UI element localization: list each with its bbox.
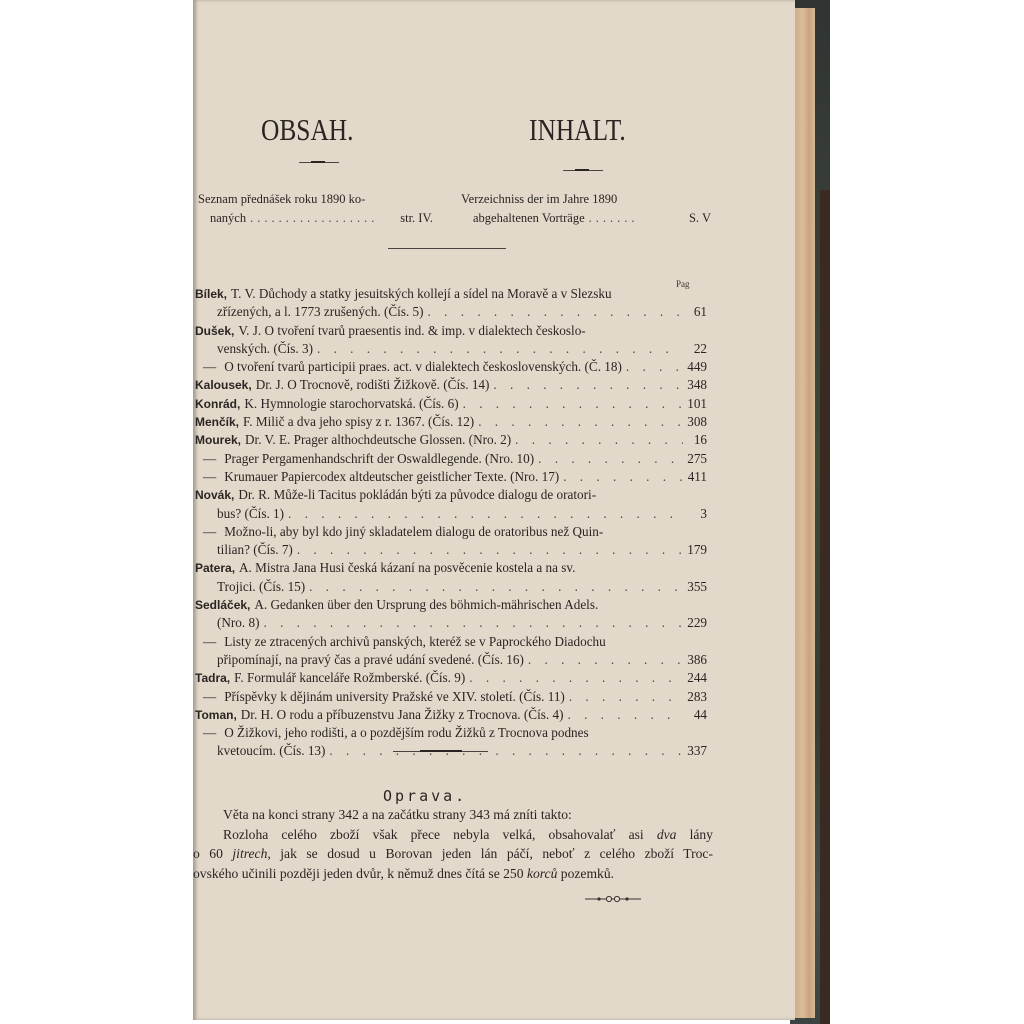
- dot-leader: . . . . . . . . . . . . . . . . . . . . …: [465, 669, 683, 687]
- toc-entry: Bílek,T. V. Důchody a statky jesuitských…: [195, 285, 707, 322]
- dot-leader: . . . . . . . . . . . . . . . . . . . . …: [622, 358, 683, 376]
- heading-ornament-czech-center: [311, 161, 325, 163]
- dot-leader: . . . . . . . . . . . . . . . . . . . . …: [284, 505, 683, 523]
- toc-page-number: 22: [683, 340, 707, 358]
- dot-leader: . . . . . . . . . . . . . . . . . . . . …: [489, 376, 683, 394]
- toc-title-text: Příspěvky k dějinám university Pražské v…: [224, 688, 565, 706]
- toc-title-text: Dr. V. E. Prager althochdeutsche Glossen…: [245, 431, 511, 449]
- toc-end-ornament-center: [420, 750, 462, 752]
- toc-author: Patera,: [195, 559, 235, 577]
- book-cover-edge: [820, 190, 830, 1024]
- toc-entry: Novák,Dr. R. Může-li Tacitus pokládán bý…: [195, 486, 707, 523]
- toc-author: Bílek,: [195, 285, 227, 303]
- toc-entry: Mourek,Dr. V. E. Prager althochdeutsche …: [195, 431, 707, 449]
- dot-leader: . . . . . . . . . . . . . . . . . . . . …: [424, 303, 683, 321]
- toc-entry: Menčík,F. Milič a dva jeho spisy z r. 13…: [195, 413, 707, 431]
- toc-page-number: 179: [683, 541, 707, 559]
- continuation-dash: —: [203, 688, 216, 706]
- toc-title-text: tilian? (Čís. 7): [217, 541, 293, 559]
- toc-title-text: Dr. J. O Trocnově, rodišti Žižkově. (Čís…: [256, 376, 490, 394]
- toc-author: Mourek,: [195, 431, 241, 449]
- book-page: OBSAH. INHALT. Seznam přednášek roku 189…: [193, 0, 795, 1020]
- heading-german: INHALT.: [529, 112, 626, 148]
- toc-author: Dušek,: [195, 322, 234, 340]
- dot-leader: . . . . . . . . . . . . . . . . . . . . …: [459, 395, 683, 413]
- toc-page-number: 229: [683, 614, 707, 632]
- toc-title-text: F. Milič a dva jeho spisy z r. 1367. (Čí…: [243, 413, 474, 431]
- toc-title-text: Dr. H. O rodu a příbuzenstvu Jana Žižky …: [241, 706, 564, 724]
- toc-page-number: 61: [683, 303, 707, 321]
- intro-czech: Seznam přednášek roku 1890 ko- naných ..…: [198, 190, 433, 228]
- toc-page-number: 449: [683, 358, 707, 376]
- toc-page-number: 348: [683, 376, 707, 394]
- toc-page-number: 16: [683, 431, 707, 449]
- toc-title-text: O Žižkovi, jeho rodišti, a o pozdějším r…: [224, 724, 588, 742]
- toc-entry: Toman,Dr. H. O rodu a příbuzenstvu Jana …: [195, 706, 707, 724]
- toc-title-text: Listy ze ztracených archivů panských, kt…: [224, 633, 606, 651]
- toc-entry: —O tvoření tvarů participii praes. act. …: [195, 358, 707, 376]
- dot-leader: . . . . . . . . . . . . . . . . . . . . …: [563, 706, 683, 724]
- toc-author: Toman,: [195, 706, 237, 724]
- toc-title-text: (Nro. 8): [217, 614, 259, 632]
- oprava-line-1: Věta na konci strany 342 a na začátku st…: [193, 805, 713, 825]
- toc-entry: Sedláček,A. Gedanken über den Ursprung d…: [195, 596, 707, 633]
- dot-leader: . . . . . . . . . . . . . . . . . . . . …: [293, 541, 683, 559]
- toc-entry: Kalousek,Dr. J. O Trocnově, rodišti Žižk…: [195, 376, 707, 394]
- toc-entry: Tadra,F. Formulář kanceláře Rožmberské. …: [195, 669, 707, 687]
- dot-leader: . . . . . . . . . . . . . . . . . . . . …: [325, 742, 683, 760]
- toc-entry: —O Žižkovi, jeho rodišti, a o pozdějším …: [195, 724, 707, 761]
- dot-leader: . . . . . . . . . . . . . . . . . . . . …: [524, 651, 683, 669]
- toc-title-text: připomínají, na pravý čas a pravé udání …: [217, 651, 524, 669]
- heading-czech: OBSAH.: [261, 112, 354, 148]
- toc-title-text: bus? (Čís. 1): [217, 505, 284, 523]
- toc-title-text: Trojici. (Čís. 15): [217, 578, 305, 596]
- toc-title-text: V. J. O tvoření tvarů praesentis ind. & …: [238, 322, 585, 340]
- continuation-dash: —: [203, 468, 216, 486]
- toc-page-number: 275: [683, 450, 707, 468]
- toc-title-text: T. V. Důchody a statky jesuitských kolle…: [231, 285, 612, 303]
- intro-german-line1: Verzeichniss der im Jahre 1890: [461, 190, 711, 209]
- dot-leader: . . . . . . . . . . . . . . . . . . . . …: [313, 340, 683, 358]
- toc-page-number: 44: [683, 706, 707, 724]
- dot-leader: . . . . . . . . . . . . . . . . . . . . …: [259, 614, 683, 632]
- intro-czech-line1: Seznam přednášek roku 1890 ko-: [198, 190, 433, 209]
- toc-title-text: Prager Pergamenhandschrift der Oswaldleg…: [224, 450, 534, 468]
- dot-leader: . . . . . . . . . . . . . . . . . . . . …: [474, 413, 683, 431]
- toc-page-number: 337: [683, 742, 707, 760]
- toc-page-number: 308: [683, 413, 707, 431]
- toc-author: Novák,: [195, 486, 234, 504]
- dot-leader: .......: [585, 209, 689, 228]
- dot-leader: . . . . . . . . . . . . . . . . . . . . …: [559, 468, 683, 486]
- oprava-title: Oprava.: [383, 787, 467, 805]
- toc-page-number: 283: [683, 688, 707, 706]
- toc-entry: —Krumauer Papiercodex altdeutscher geist…: [195, 468, 707, 486]
- toc-page-number: 411: [683, 468, 707, 486]
- toc-title-text: Možno-li, aby byl kdo jiný skladatelem d…: [224, 523, 603, 541]
- toc-title-text: Dr. R. Může-li Tacitus pokládán býti za …: [238, 486, 596, 504]
- continuation-dash: —: [203, 633, 216, 651]
- intro-german-line2: abgehaltenen Vorträge: [473, 209, 585, 228]
- toc-page-number: 355: [683, 578, 707, 596]
- continuation-dash: —: [203, 450, 216, 468]
- toc-title-text: kvetoucím. (Čís. 13): [217, 742, 325, 760]
- toc-title-text: K. Hymnologie starochorvatská. (Čís. 6): [244, 395, 458, 413]
- toc-author: Sedláček,: [195, 596, 250, 614]
- intro-german-page: S. V: [689, 209, 711, 228]
- toc-title-text: F. Formulář kanceláře Rožmberské. (Čís. …: [234, 669, 465, 687]
- continuation-dash: —: [203, 724, 216, 742]
- toc-author: Kalousek,: [195, 376, 252, 394]
- toc-entry: Dušek,V. J. O tvoření tvarů praesentis i…: [195, 322, 707, 359]
- toc-page-number: 3: [683, 505, 707, 523]
- toc-page-number: 244: [683, 669, 707, 687]
- toc-title-text: venských. (Čís. 3): [217, 340, 313, 358]
- dot-leader: . . . . . . . . . . . . . . . . . . . . …: [511, 431, 683, 449]
- continuation-dash: —: [203, 358, 216, 376]
- toc-title-text: O tvoření tvarů participii praes. act. v…: [224, 358, 622, 376]
- oprava-line-3: o 60 jitrech, jak se dosud u Borovan jed…: [193, 844, 713, 864]
- toc-entry: —Prager Pergamenhandschrift der Oswaldle…: [195, 450, 707, 468]
- dot-leader: ..................: [246, 209, 400, 228]
- toc-title-text: A. Mistra Jana Husi česká kázaní na posv…: [239, 559, 575, 577]
- toc-page-number: 101: [683, 395, 707, 413]
- toc-entry: —Příspěvky k dějinám university Pražské …: [195, 688, 707, 706]
- oprava-line-2: Rozloha celého zboží však přece nebyla v…: [193, 825, 713, 845]
- intro-czech-page: str. IV.: [400, 209, 433, 228]
- toc-entry: —Listy ze ztracených archivů panských, k…: [195, 633, 707, 670]
- oprava-line-4: ovského učinili později jeden dvůr, k ně…: [193, 864, 713, 884]
- table-of-contents: Bílek,T. V. Důchody a statky jesuitských…: [195, 285, 707, 761]
- page-edges: [795, 8, 815, 1018]
- intro-divider: [388, 248, 506, 249]
- toc-entry: Konrád,K. Hymnologie starochorvatská. (Č…: [195, 395, 707, 413]
- toc-title-text: zřízených, a l. 1773 zrušených. (Čís. 5): [217, 303, 424, 321]
- intro-german: Verzeichniss der im Jahre 1890 abgehalte…: [461, 190, 711, 228]
- heading-ornament-german-center: [575, 169, 589, 171]
- dot-leader: . . . . . . . . . . . . . . . . . . . . …: [305, 578, 683, 596]
- continuation-dash: —: [203, 523, 216, 541]
- end-ornament-icon: [585, 894, 641, 904]
- oprava-body: Věta na konci strany 342 a na začátku st…: [193, 805, 713, 883]
- toc-title-text: A. Gedanken über den Ursprung des böhmic…: [254, 596, 598, 614]
- toc-author: Tadra,: [195, 669, 230, 687]
- toc-author: Konrád,: [195, 395, 240, 413]
- toc-page-number: 386: [683, 651, 707, 669]
- intro-czech-line2: naných: [210, 209, 246, 228]
- toc-entry: Patera,A. Mistra Jana Husi česká kázaní …: [195, 559, 707, 596]
- dot-leader: . . . . . . . . . . . . . . . . . . . . …: [565, 688, 683, 706]
- toc-entry: —Možno-li, aby byl kdo jiný skladatelem …: [195, 523, 707, 560]
- toc-author: Menčík,: [195, 413, 239, 431]
- toc-title-text: Krumauer Papiercodex altdeutscher geistl…: [224, 468, 559, 486]
- dot-leader: . . . . . . . . . . . . . . . . . . . . …: [534, 450, 683, 468]
